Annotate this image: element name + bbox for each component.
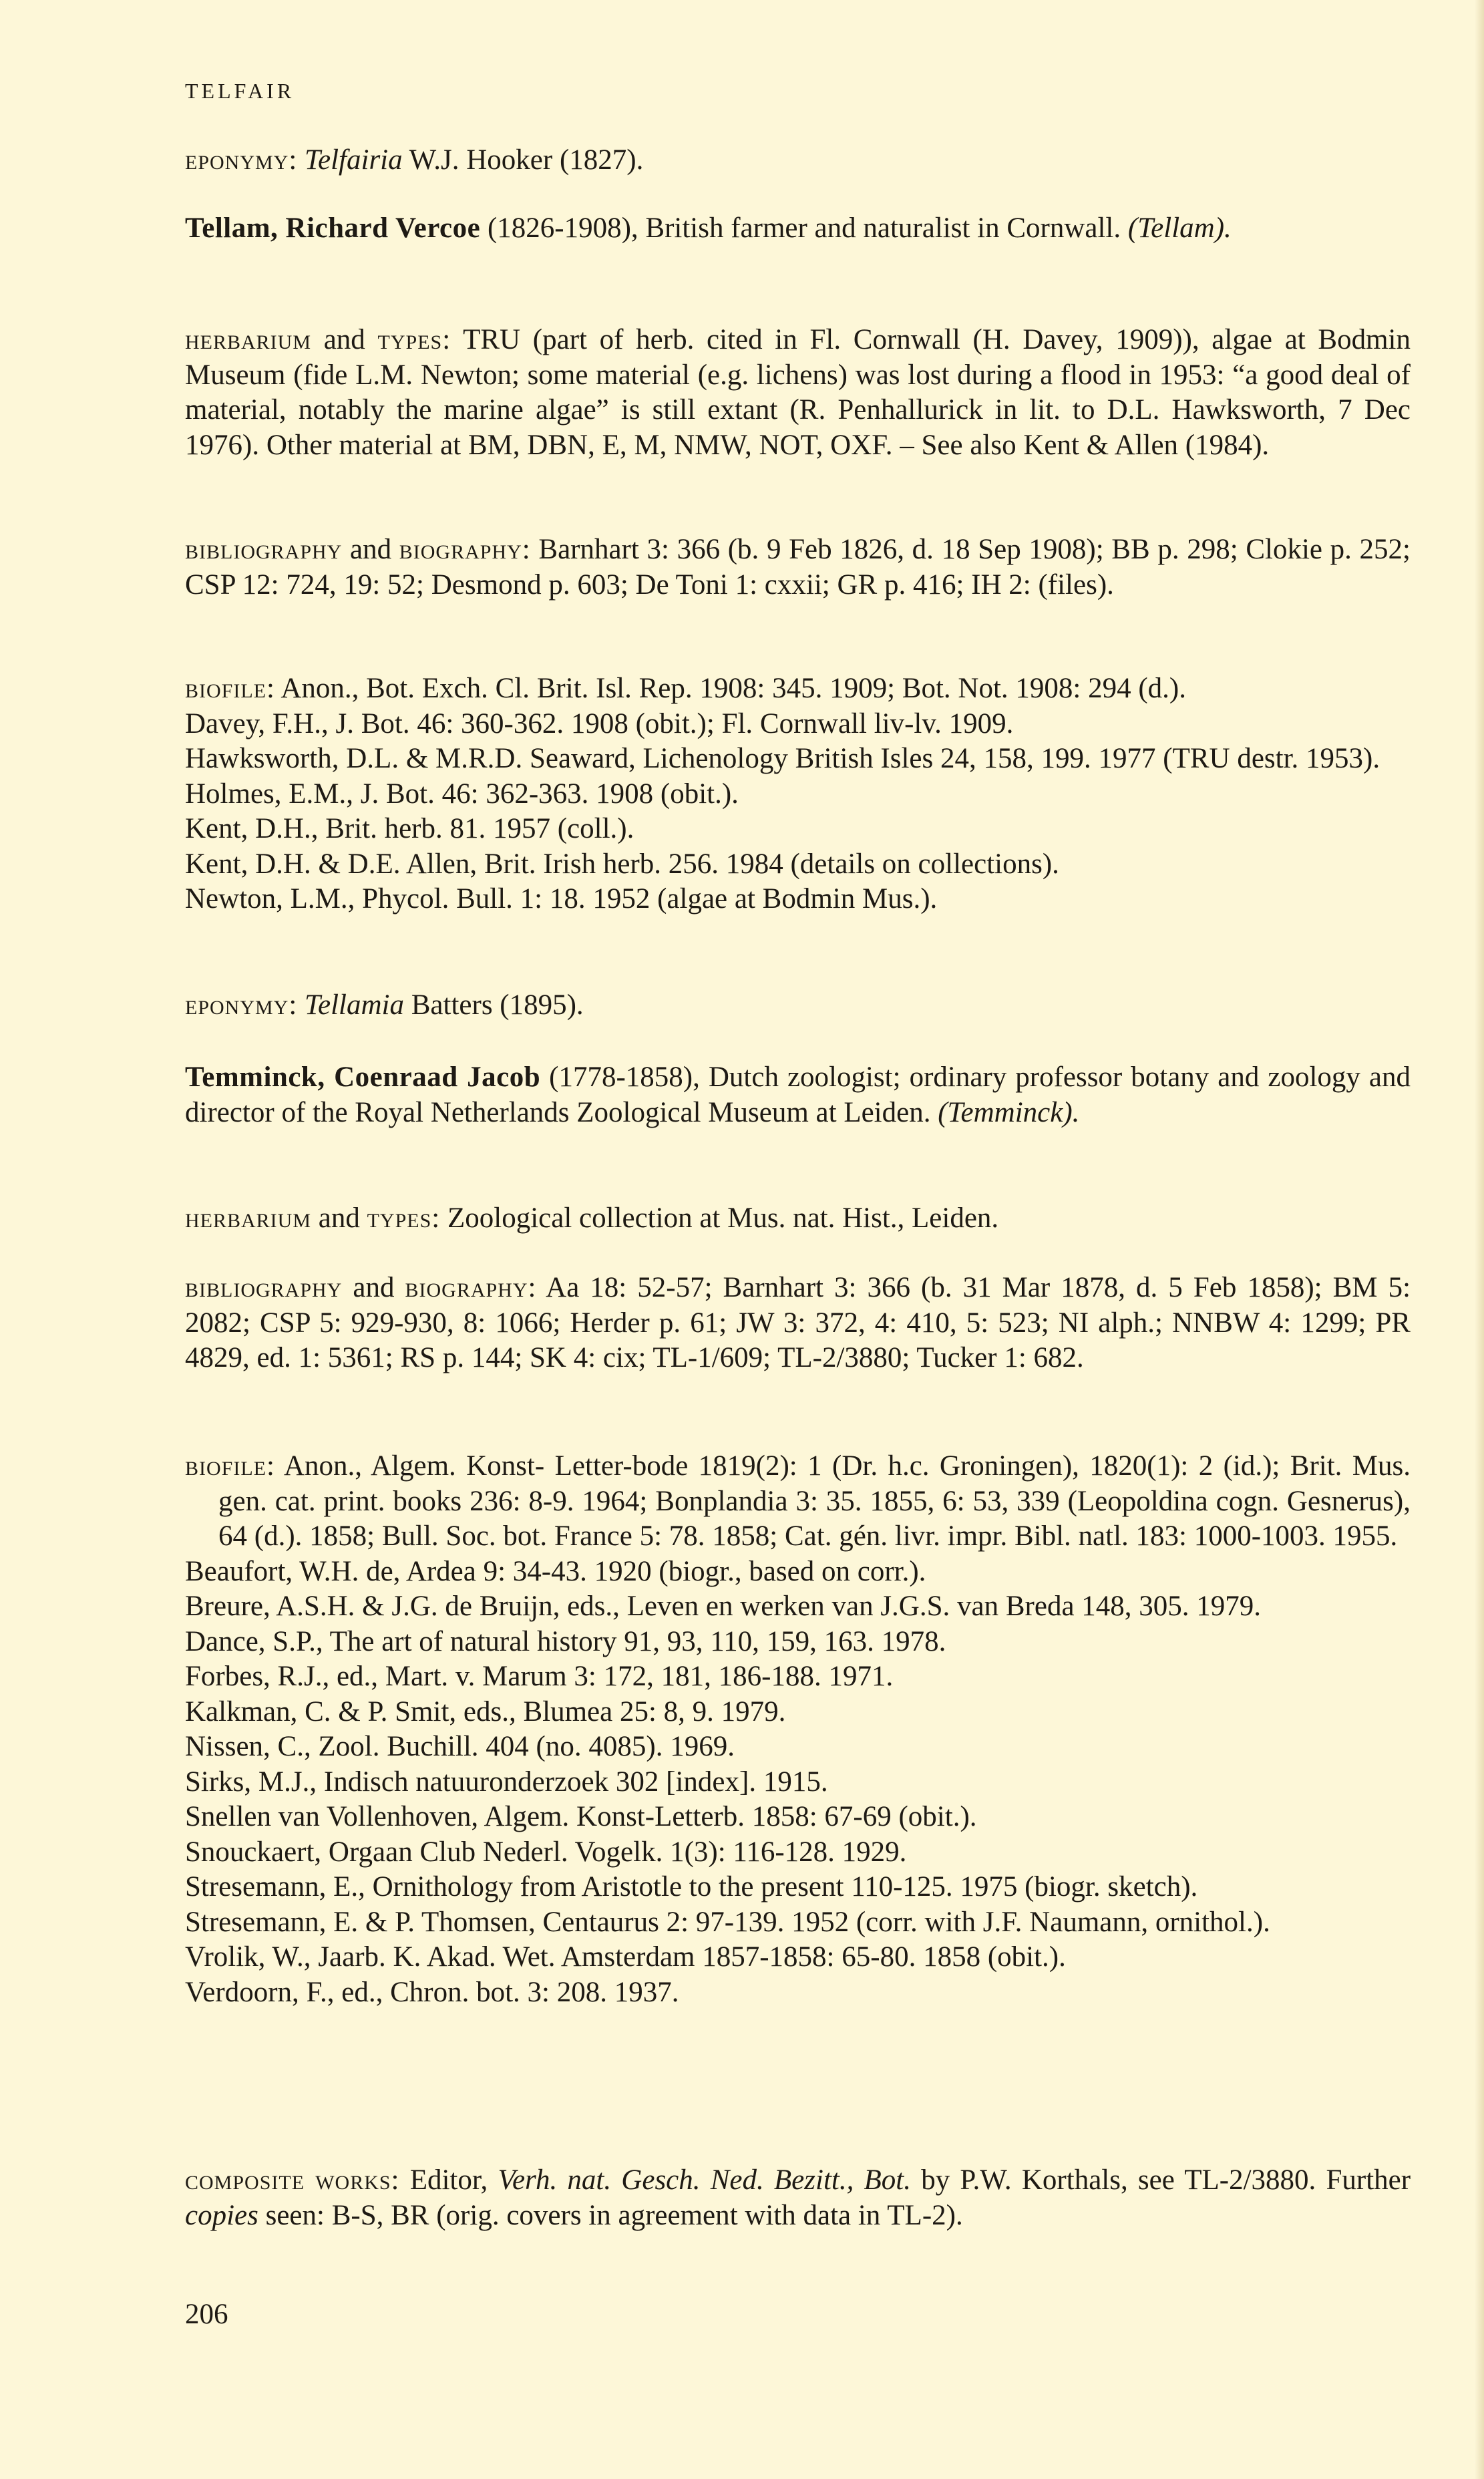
section-label: bibliography	[185, 1272, 342, 1303]
biofile-entry: Beaufort, W.H. de, Ardea 9: 34-43. 1920 …	[185, 1554, 1411, 1590]
entry-intro: (1826-1908), British farmer and naturali…	[488, 212, 1121, 244]
eponymy-text: W.J. Hooker (1827).	[409, 144, 644, 176]
composite-text: seen: B-S, BR (orig. covers in agreement…	[266, 2200, 963, 2231]
composite-copies: copies	[185, 2200, 258, 2231]
section-label: biography:	[399, 534, 531, 565]
biofile-entry: Snellen van Vollenhoven, Algem. Konst-Le…	[185, 1800, 1411, 1835]
telfair-eponymy: eponymy: Telfairia W.J. Hooker (1827).	[185, 143, 1411, 178]
biofile-entry: Kent, D.H. & D.E. Allen, Brit. Irish her…	[185, 847, 1411, 882]
biofile-entry: Kent, D.H., Brit. herb. 81. 1957 (coll.)…	[185, 812, 1411, 847]
biofile-text: Anon., Algem. Konst- Letter-bode 1819(2)…	[218, 1450, 1411, 1552]
temminck-heading: Temminck, Coenraad Jacob (1778-1858), Du…	[185, 1060, 1411, 1130]
biofile-entry: Stresemann, E., Ornithology from Aristot…	[185, 1870, 1411, 1905]
page-number: 206	[185, 2298, 228, 2331]
biofile-entry: Stresemann, E. & P. Thomsen, Centaurus 2…	[185, 1905, 1411, 1941]
temminck-composite-works: composite works: Editor, Verh. nat. Gesc…	[185, 2163, 1411, 2233]
biofile-entry: Dance, S.P., The art of natural history …	[185, 1625, 1411, 1660]
biofile-entry: biofile: Anon., Bot. Exch. Cl. Brit. Isl…	[185, 671, 1411, 707]
section-label-and: and	[350, 534, 391, 565]
tellam-bibliography: bibliography and biography: Barnhart 3: …	[185, 532, 1411, 603]
biofile-entry: Newton, L.M., Phycol. Bull. 1: 18. 1952 …	[185, 882, 1411, 917]
section-label: biography:	[405, 1272, 537, 1303]
eponymy-genus: Tellamia	[305, 989, 404, 1021]
section-label: types:	[378, 324, 451, 355]
section-label: types:	[367, 1202, 441, 1234]
entry-name: Temminck, Coenraad Jacob	[185, 1061, 540, 1093]
section-label: biofile:	[185, 1450, 275, 1482]
biofile-entry: Snouckaert, Orgaan Club Nederl. Vogelk. …	[185, 1835, 1411, 1870]
composite-title: Verh. nat. Gesch. Ned. Bezitt., Bot.	[498, 2164, 911, 2196]
running-head: TELFAIR	[185, 79, 295, 104]
biofile-entry: Sirks, M.J., Indisch natuuronderzoek 302…	[185, 1765, 1411, 1800]
tellam-heading: Tellam, Richard Vercoe (1826-1908), Brit…	[185, 211, 1411, 246]
section-label-and: and	[353, 1272, 394, 1303]
section-label: herbarium	[185, 1202, 311, 1234]
temminck-biofile: biofile: Anon., Algem. Konst- Letter-bod…	[185, 1449, 1411, 2010]
herbarium-text: Zoological collection at Mus. nat. Hist.…	[447, 1202, 998, 1234]
tellam-herbarium: herbarium and types: TRU (part of herb. …	[185, 323, 1411, 463]
biofile-entry: Kalkman, C. & P. Smit, eds., Blumea 25: …	[185, 1695, 1411, 1730]
section-label: composite works:	[185, 2164, 400, 2196]
biofile-entry: Vrolik, W., Jaarb. K. Akad. Wet. Amsterd…	[185, 1940, 1411, 1975]
entry-abbrev: (Tellam).	[1128, 212, 1232, 244]
biofile-entry: Verdoorn, F., ed., Chron. bot. 3: 208. 1…	[185, 1975, 1411, 2011]
biofile-entry: biofile: Anon., Algem. Konst- Letter-bod…	[185, 1449, 1411, 1554]
tellam-eponymy: eponymy: Tellamia Batters (1895).	[185, 988, 1411, 1023]
page-edge-shadow	[1475, 0, 1484, 2479]
entry-abbrev: (Temminck).	[938, 1097, 1079, 1128]
biofile-entry: Breure, A.S.H. & J.G. de Bruijn, eds., L…	[185, 1589, 1411, 1625]
temminck-herbarium: herbarium and types: Zoological collecti…	[185, 1201, 1411, 1236]
biofile-text: Anon., Bot. Exch. Cl. Brit. Isl. Rep. 19…	[281, 673, 1186, 704]
eponymy-label: eponymy:	[185, 144, 297, 176]
section-label: biofile:	[185, 673, 275, 704]
tellam-biofile: biofile: Anon., Bot. Exch. Cl. Brit. Isl…	[185, 671, 1411, 917]
biofile-entry: Forbes, R.J., ed., Mart. v. Marum 3: 172…	[185, 1659, 1411, 1695]
biofile-entry: Nissen, C., Zool. Buchill. 404 (no. 4085…	[185, 1729, 1411, 1765]
entry-name: Tellam, Richard Vercoe	[185, 212, 480, 244]
biofile-entry: Hawksworth, D.L. & M.R.D. Seaward, Liche…	[185, 741, 1411, 777]
section-label-and: and	[319, 1202, 360, 1234]
herbarium-text: TRU (part of herb. cited in Fl. Cornwall…	[185, 324, 1411, 461]
composite-text: by P.W. Korthals, see TL-2/3880. Further	[921, 2164, 1411, 2196]
biofile-entry: Holmes, E.M., J. Bot. 46: 362-363. 1908 …	[185, 777, 1411, 812]
section-label-and: and	[324, 324, 365, 355]
eponymy-text: Batters (1895).	[411, 989, 584, 1021]
eponymy-label: eponymy:	[185, 989, 297, 1021]
temminck-bibliography: bibliography and biography: Aa 18: 52-57…	[185, 1271, 1411, 1376]
composite-text: Editor,	[410, 2164, 488, 2196]
section-label: bibliography	[185, 534, 342, 565]
section-label: herbarium	[185, 324, 311, 355]
biofile-entry: Davey, F.H., J. Bot. 46: 360-362. 1908 (…	[185, 707, 1411, 742]
eponymy-genus: Telfairia	[305, 144, 403, 176]
